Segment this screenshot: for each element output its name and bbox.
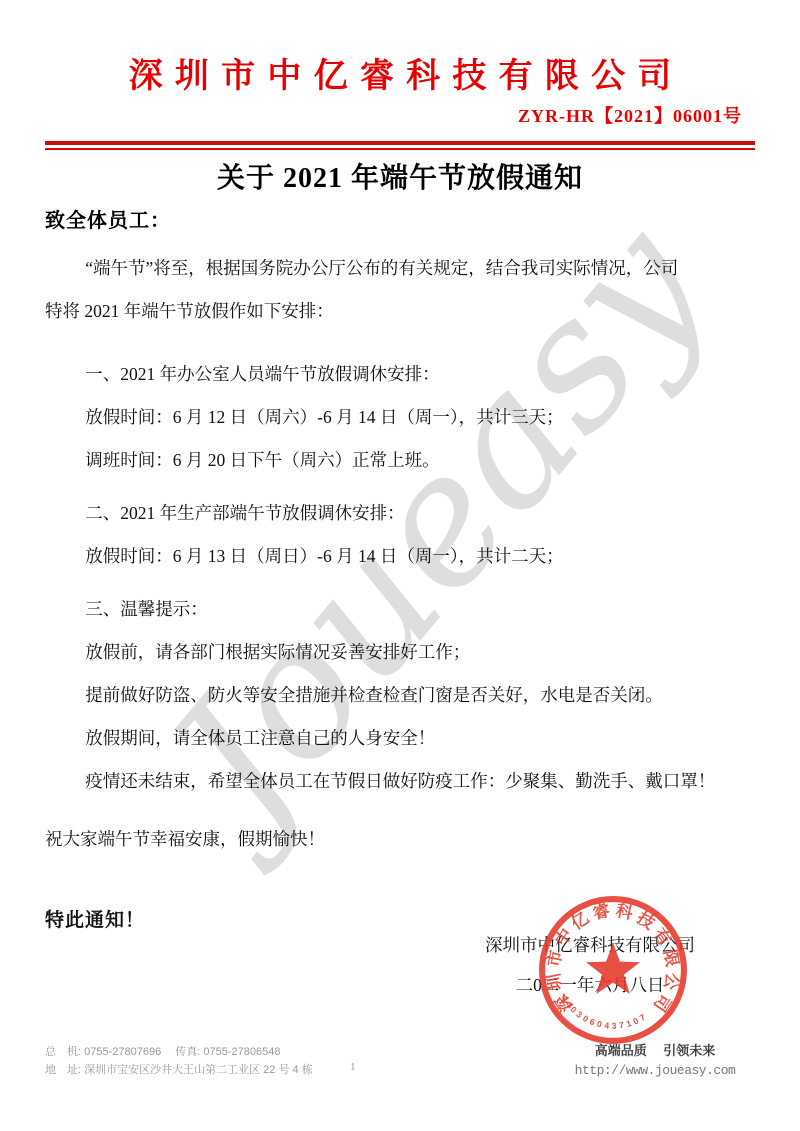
divider-thin-line [45, 148, 755, 150]
footer-contact-info: 总 机: 0755-27807696 传真: 0755-27806548 地 址… [45, 1043, 313, 1079]
body-line: 放假时间：6 月 13 日（周日）-6 月 14 日（周一），共计二天； [45, 535, 760, 578]
notice-document-page: Joueasy 深圳市中亿睿科技有限公司 ZYR-HR【2021】06001号 … [0, 0, 800, 1131]
body-line: 放假期间，请全体员工注意自己的人身安全！ [45, 717, 760, 760]
footer-phone-fax: 总 机: 0755-27807696 传真: 0755-27806548 [45, 1043, 313, 1061]
body-line: 三、温馨提示： [45, 588, 760, 631]
body-line: 疫情还未结束，希望全体员工在节假日做好防疫工作：少聚集、勤洗手、戴口罩！ [45, 760, 760, 803]
body-line: 一、2021 年办公室人员端午节放假调休安排： [45, 353, 760, 396]
body-line: 特将 2021 年端午节放假作如下安排： [45, 290, 760, 333]
footer-brand-block: 高端品质 引领未来 http://www.joueasy.com [545, 1041, 765, 1081]
seal-star-icon [586, 943, 640, 994]
page-number: 1 [350, 1061, 356, 1073]
body-line: 祝大家端午节幸福安康，假期愉快！ [45, 818, 760, 861]
body-line: 放假前，请各部门根据实际情况妥善安排好工作； [45, 631, 760, 674]
notice-body: “端午节”将至，根据国务院办公厅公布的有关规定，结合我司实际情况，公司 特将 2… [45, 247, 760, 942]
body-line: 放假时间：6 月 12 日（周六）-6 月 14 日（周一），共计三天； [45, 396, 760, 439]
body-line: “端午节”将至，根据国务院办公厅公布的有关规定，结合我司实际情况，公司 [45, 247, 760, 290]
footer-website-url: http://www.joueasy.com [545, 1061, 765, 1081]
body-line: 提前做好防盗、防火等安全措施并检查检查门窗是否关好，水电是否关闭。 [45, 674, 760, 717]
notice-title: 关于 2021 年端午节放假通知 [0, 156, 800, 196]
document-number: ZYR-HR【2021】06001号 [0, 102, 742, 128]
body-line: 调班时间：6 月 20 日下午（周六）正常上班。 [45, 439, 760, 482]
company-header-title: 深圳市中亿睿科技有限公司 [0, 48, 800, 97]
company-seal-stamp: 深圳市中亿睿科技有限公司 4403060437107 [537, 894, 689, 1046]
salutation: 致全体员工： [45, 204, 171, 233]
footer-address: 地 址: 深圳市宝安区沙井大王山第二工业区 22 号 4 栋 [45, 1061, 313, 1079]
body-line: 二、2021 年生产部端午节放假调休安排： [45, 492, 760, 535]
red-header-divider [45, 141, 755, 150]
